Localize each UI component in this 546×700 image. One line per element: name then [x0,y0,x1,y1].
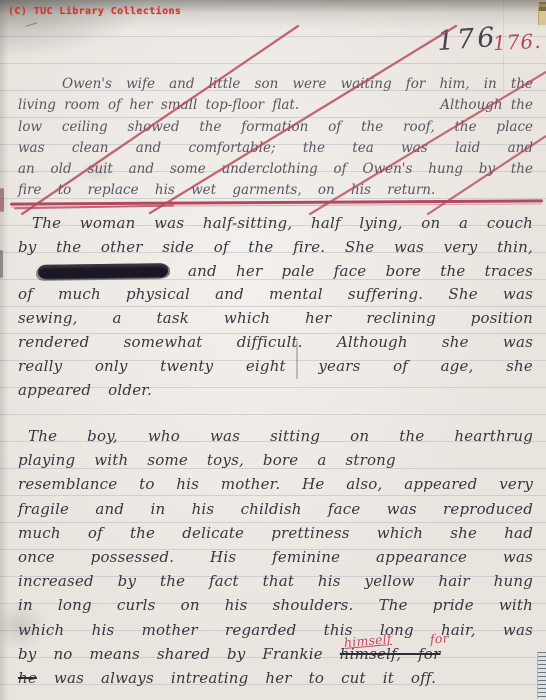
struck-word: he [18,669,37,687]
manuscript-line: The boy, who was sitting on the hearthru… [18,424,533,448]
manuscript-line: fire to replace his wet garments, on his… [18,180,533,201]
woman-paragraph: The woman was half-sitting, half lying, … [18,212,533,402]
manuscript-line: was clean and comfortable; the tea was l… [18,138,533,159]
manuscript-line: living room of her small top-floor flat.… [18,95,533,116]
manuscript-line: appeared older. [18,379,533,403]
manuscript-line: Owen's wife and little son were waiting … [18,74,533,95]
manuscript-line: and her pale face bore the traces [18,260,533,284]
manuscript-line-part: was always intreating her to cut it off. [54,669,436,687]
red-correction-himself: himself [343,627,393,655]
pencil-squiggle [26,22,39,30]
manuscript-line: really only twenty eight years of age, s… [18,355,533,379]
manuscript-page: (C) TUC Library Collections 176 176. Owe… [0,0,546,700]
manuscript-line-part: Although the [440,95,533,116]
deleted-paragraph: Owen's wife and little son were waiting … [18,74,533,202]
manuscript-line: low ceiling showed the formation of the … [18,117,533,138]
manuscript-line: by the other side of the fire. She was v… [18,236,533,260]
manuscript-line: sewing, a task which her reclining posit… [18,307,533,331]
left-edge-dark-mark [0,250,3,278]
manuscript-line: fragile and in his childish face was rep… [18,497,533,521]
left-edge-red-mark [0,188,4,212]
manuscript-line: by no means shared by Frankie himself, f… [18,642,533,666]
manuscript-line: of much physical and mental suffering. S… [18,283,533,307]
manuscript-line: resemblance to his mother. He also, appe… [18,472,533,496]
archive-label-top-right [538,2,546,25]
pencil-margin-tick [296,341,298,379]
archive-label-bottom-right [537,652,546,699]
boy-paragraph: The boy, who was sitting on the hearthru… [18,424,533,690]
manuscript-line-part: living room of her small top-floor flat. [18,95,299,116]
scribbled-out-word [38,264,168,280]
struck-text-wrap: himself, for himself for [340,642,441,666]
red-correction-for: for [429,626,449,651]
manuscript-line: playing with some toys, bore a strong [18,448,533,472]
page-number-red: 176. [492,29,542,56]
copyright-watermark: (C) TUC Library Collections [8,6,181,17]
page-number-pencil: 176 [436,22,499,57]
red-horizontal-rule-stroke [14,205,174,210]
manuscript-line: which his mother regarded this long hair… [18,618,533,642]
manuscript-line: rendered somewhat difficult. Although sh… [18,331,533,355]
manuscript-line: in long curls on his shoulders. The prid… [18,593,533,617]
manuscript-line: increased by the fact that his yellow ha… [18,569,533,593]
manuscript-line-part: by no means shared by Frankie [18,645,323,663]
manuscript-line: much of the delicate prettiness which sh… [18,521,533,545]
manuscript-line: he was always intreating her to cut it o… [18,666,533,690]
manuscript-line: an old suit and some underclothing of Ow… [18,159,533,180]
manuscript-line: once possessed. His feminine appearance … [18,545,533,569]
manuscript-line: The woman was half-sitting, half lying, … [18,212,533,236]
manuscript-line-part: and her pale face bore the traces [188,260,533,284]
